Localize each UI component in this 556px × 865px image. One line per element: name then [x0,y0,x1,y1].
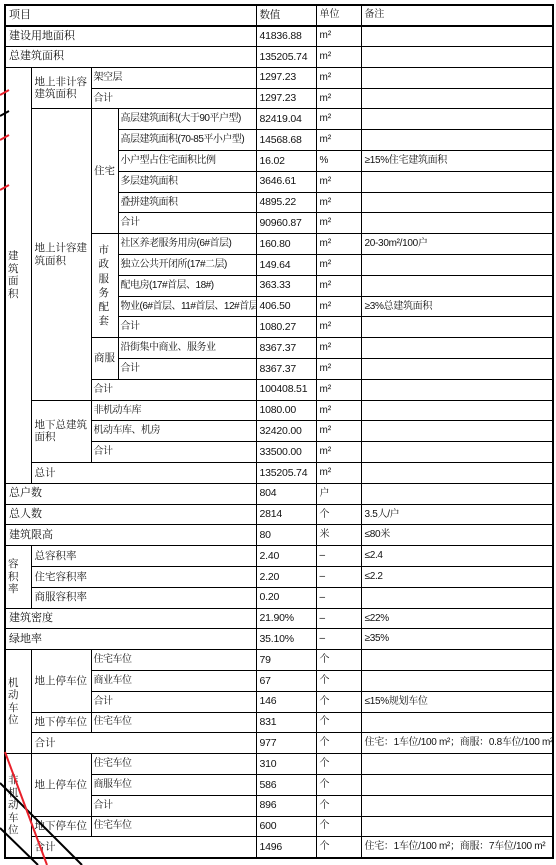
cell-label: 总建筑面积 [5,47,256,68]
group-motor-parking: 机动车位 [5,650,31,754]
cell-label: 合计 [91,795,256,816]
cell-remark: ≤22% [361,608,553,629]
cell-remark [361,400,553,421]
cell-remark [361,317,553,338]
group-nonmotor-above: 地上停车位 [31,754,91,816]
table-row: 总户数 804 户 [5,483,553,504]
table-row: 非机动车位 地上停车位 住宅车位 310 个 [5,754,553,775]
cell-label: 商服车位 [91,774,256,795]
cell-unit: 个 [316,837,361,858]
group-above-countable: 地上计容建筑面积 [31,109,91,400]
cell-remark [361,130,553,151]
table-header-row: 项目 数值 单位 备注 [5,5,553,26]
cell-remark [361,47,553,68]
cell-label: 合计 [91,442,256,463]
cell-value: 600 [256,816,316,837]
table-row: 住宅容积率 2.20 – ≤2.2 [5,567,553,588]
group-building-area: 建筑面积 [5,67,31,483]
table-row: 建设用地面积 41836.88 m² [5,26,553,47]
cell-remark: ≤2.2 [361,567,553,588]
cell-value: 149.64 [256,255,316,276]
cell-value: 90960.87 [256,213,316,234]
cell-value: 35.10% [256,629,316,650]
cell-value: 831 [256,712,316,733]
cell-remark [361,379,553,400]
group-above-noncountable: 地上非计容建筑面积 [31,67,91,109]
cell-unit: m² [316,275,361,296]
cell-unit: m² [316,317,361,338]
cell-label: 住宅容积率 [31,567,256,588]
cell-unit: – [316,608,361,629]
cell-unit: 个 [316,504,361,525]
group-nonmotor-below: 地下停车位 [31,816,91,837]
cell-remark [361,587,553,608]
cell-value: 2.40 [256,546,316,567]
cell-label: 社区养老服务用房(6#首层) [118,234,256,255]
cell-label: 绿地率 [5,629,256,650]
cell-unit: 个 [316,774,361,795]
cell-unit: m² [316,130,361,151]
cell-label: 合计 [118,359,256,380]
cell-unit: m² [316,296,361,317]
cell-label: 合计 [91,379,256,400]
cell-remark [361,26,553,47]
cell-label: 物业(6#首层、11#首层、12#首层) [118,296,256,317]
cell-label: 总人数 [5,504,256,525]
cell-value: 41836.88 [256,26,316,47]
cell-unit: m² [316,47,361,68]
cell-label: 高层建筑面积(70-85平小户型) [118,130,256,151]
cell-unit: m² [316,338,361,359]
cell-unit: – [316,546,361,567]
cell-value: 80 [256,525,316,546]
cell-unit: m² [316,400,361,421]
cell-unit: m² [316,213,361,234]
cell-label: 高层建筑面积(大于90平户型) [118,109,256,130]
table-row: 商服容积率 0.20 – [5,587,553,608]
cell-unit: – [316,629,361,650]
cell-unit: 个 [316,650,361,671]
cell-label: 合计 [91,88,256,109]
cell-label: 合计 [31,837,256,858]
cell-remark [361,754,553,775]
cell-label: 架空层 [91,67,256,88]
cell-remark [361,671,553,692]
table-row: 合计 1496 个 住宅：1车位/100 m²；商服：7车位/100 m² [5,837,553,858]
cell-remark [361,338,553,359]
cell-label: 沿街集中商业、服务业 [118,338,256,359]
cell-value: 310 [256,754,316,775]
cell-remark [361,795,553,816]
cell-remark [361,213,553,234]
cell-value: 16.02 [256,151,316,172]
cell-value: 586 [256,774,316,795]
cell-remark: ≥3%总建筑面积 [361,296,553,317]
cell-unit: % [316,151,361,172]
table-row: 总建筑面积 135205.74 m² [5,47,553,68]
cell-label: 合计 [118,317,256,338]
cell-value: 1496 [256,837,316,858]
header-value: 数值 [256,5,316,26]
table-row: 容积率 总容积率 2.40 – ≤2.4 [5,546,553,567]
cell-remark [361,483,553,504]
cell-remark [361,88,553,109]
cell-label: 建设用地面积 [5,26,256,47]
cell-label: 总计 [31,463,256,484]
indicator-table: 项目 数值 单位 备注 建设用地面积 41836.88 m² 总建筑面积 135… [4,4,554,859]
cell-unit: m² [316,359,361,380]
cell-unit: m² [316,234,361,255]
cell-remark [361,67,553,88]
cell-label: 独立公共开闭所(17#二层) [118,255,256,276]
group-far: 容积率 [5,546,31,608]
cell-value: 1080.27 [256,317,316,338]
cell-unit: 个 [316,671,361,692]
group-commercial: 商服 [91,338,118,380]
cell-label: 叠拼建筑面积 [118,192,256,213]
cell-value: 8367.37 [256,338,316,359]
cell-unit: – [316,587,361,608]
cell-label: 商服容积率 [31,587,256,608]
cell-unit: m² [316,463,361,484]
cell-unit: m² [316,421,361,442]
cell-value: 82419.04 [256,109,316,130]
table-row: 总人数 2814 个 3.5人/户 [5,504,553,525]
cell-remark [361,816,553,837]
cell-label: 合计 [118,213,256,234]
cell-remark [361,442,553,463]
cell-value: 1297.23 [256,88,316,109]
cell-value: 2814 [256,504,316,525]
cell-unit: 个 [316,816,361,837]
cell-label: 多层建筑面积 [118,171,256,192]
cell-unit: 个 [316,691,361,712]
cell-unit: m² [316,109,361,130]
header-unit: 单位 [316,5,361,26]
cell-value: 100408.51 [256,379,316,400]
table-row: 机动车位 地上停车位 住宅车位 79 个 [5,650,553,671]
cell-remark [361,421,553,442]
cell-remark: 住宅：1车位/100 m²；商服：7车位/100 m² [361,837,553,858]
cell-unit: 个 [316,712,361,733]
cell-value: 896 [256,795,316,816]
cell-remark [361,712,553,733]
cell-label: 合计 [31,733,256,754]
cell-label: 小户型占住宅面积比例 [118,151,256,172]
cell-label: 总容积率 [31,546,256,567]
table-row: 建筑面积 地上非计容建筑面积 架空层 1297.23 m² [5,67,553,88]
table-row: 建筑密度 21.90% – ≤22% [5,608,553,629]
cell-value: 977 [256,733,316,754]
cell-label: 机动车库、机房 [91,421,256,442]
cell-remark: ≤2.4 [361,546,553,567]
cell-label: 合计 [91,691,256,712]
cell-unit: m² [316,442,361,463]
cell-unit: 个 [316,733,361,754]
table-row: 绿地率 35.10% – ≥35% [5,629,553,650]
cell-remark [361,109,553,130]
cell-remark: ≥15%住宅建筑面积 [361,151,553,172]
cell-label: 住宅车位 [91,816,256,837]
cell-remark: 3.5人/户 [361,504,553,525]
header-remark: 备注 [361,5,553,26]
cell-remark: 住宅：1车位/100 m²；商服：0.8车位/100 m² [361,733,553,754]
cell-value: 363.33 [256,275,316,296]
cell-value: 135205.74 [256,463,316,484]
cell-unit: m² [316,171,361,192]
cell-value: 4895.22 [256,192,316,213]
cell-value: 406.50 [256,296,316,317]
cell-unit: m² [316,379,361,400]
cell-remark: ≤15%规划车位 [361,691,553,712]
cell-value: 79 [256,650,316,671]
cell-value: 1080.00 [256,400,316,421]
cell-unit: m² [316,88,361,109]
cell-unit: 个 [316,795,361,816]
cell-label: 总户数 [5,483,256,504]
table-row: 地下停车位 住宅车位 831 个 [5,712,553,733]
cell-unit: m² [316,255,361,276]
cell-unit: m² [316,192,361,213]
cell-unit: m² [316,67,361,88]
cell-unit: 米 [316,525,361,546]
cell-value: 8367.37 [256,359,316,380]
table-row: 总计 135205.74 m² [5,463,553,484]
group-underground: 地下总建筑面积 [31,400,91,462]
cell-value: 0.20 [256,587,316,608]
cell-remark: ≤80米 [361,525,553,546]
cell-label: 商业车位 [91,671,256,692]
cell-value: 804 [256,483,316,504]
cell-value: 3646.61 [256,171,316,192]
cell-label: 非机动车库 [91,400,256,421]
cell-unit: – [316,567,361,588]
cell-label: 住宅车位 [91,754,256,775]
cell-value: 33500.00 [256,442,316,463]
cell-remark [361,255,553,276]
group-motor-below: 地下停车位 [31,712,91,733]
cell-label: 建筑限高 [5,525,256,546]
cell-value: 32420.00 [256,421,316,442]
cell-value: 21.90% [256,608,316,629]
table-row: 地上计容建筑面积 住宅 高层建筑面积(大于90平户型) 82419.04 m² [5,109,553,130]
cell-value: 160.80 [256,234,316,255]
group-motor-above: 地上停车位 [31,650,91,712]
cell-remark [361,774,553,795]
cell-remark: 20-30m²/100户 [361,234,553,255]
group-residential: 住宅 [91,109,118,234]
cell-remark [361,359,553,380]
cell-value: 67 [256,671,316,692]
cell-remark [361,171,553,192]
cell-label: 建筑密度 [5,608,256,629]
table-row: 合计 977 个 住宅：1车位/100 m²；商服：0.8车位/100 m² [5,733,553,754]
cell-remark [361,192,553,213]
cell-label: 配电房(17#首层、18#) [118,275,256,296]
cell-unit: m² [316,26,361,47]
cell-label: 住宅车位 [91,712,256,733]
cell-label: 住宅车位 [91,650,256,671]
table-row: 地下停车位 住宅车位 600 个 [5,816,553,837]
cell-unit: 个 [316,754,361,775]
cell-remark: ≥35% [361,629,553,650]
cell-value: 1297.23 [256,67,316,88]
cell-value: 14568.68 [256,130,316,151]
cell-remark [361,275,553,296]
group-municipal-services: 市政服务配套 [91,234,118,338]
cell-remark [361,650,553,671]
cell-value: 146 [256,691,316,712]
group-nonmotor-parking: 非机动车位 [5,754,31,858]
cell-unit: 户 [316,483,361,504]
cell-remark [361,463,553,484]
table-row: 建筑限高 80 米 ≤80米 [5,525,553,546]
cell-value: 135205.74 [256,47,316,68]
header-item: 项目 [5,5,256,26]
cell-value: 2.20 [256,567,316,588]
table-row: 地下总建筑面积 非机动车库 1080.00 m² [5,400,553,421]
